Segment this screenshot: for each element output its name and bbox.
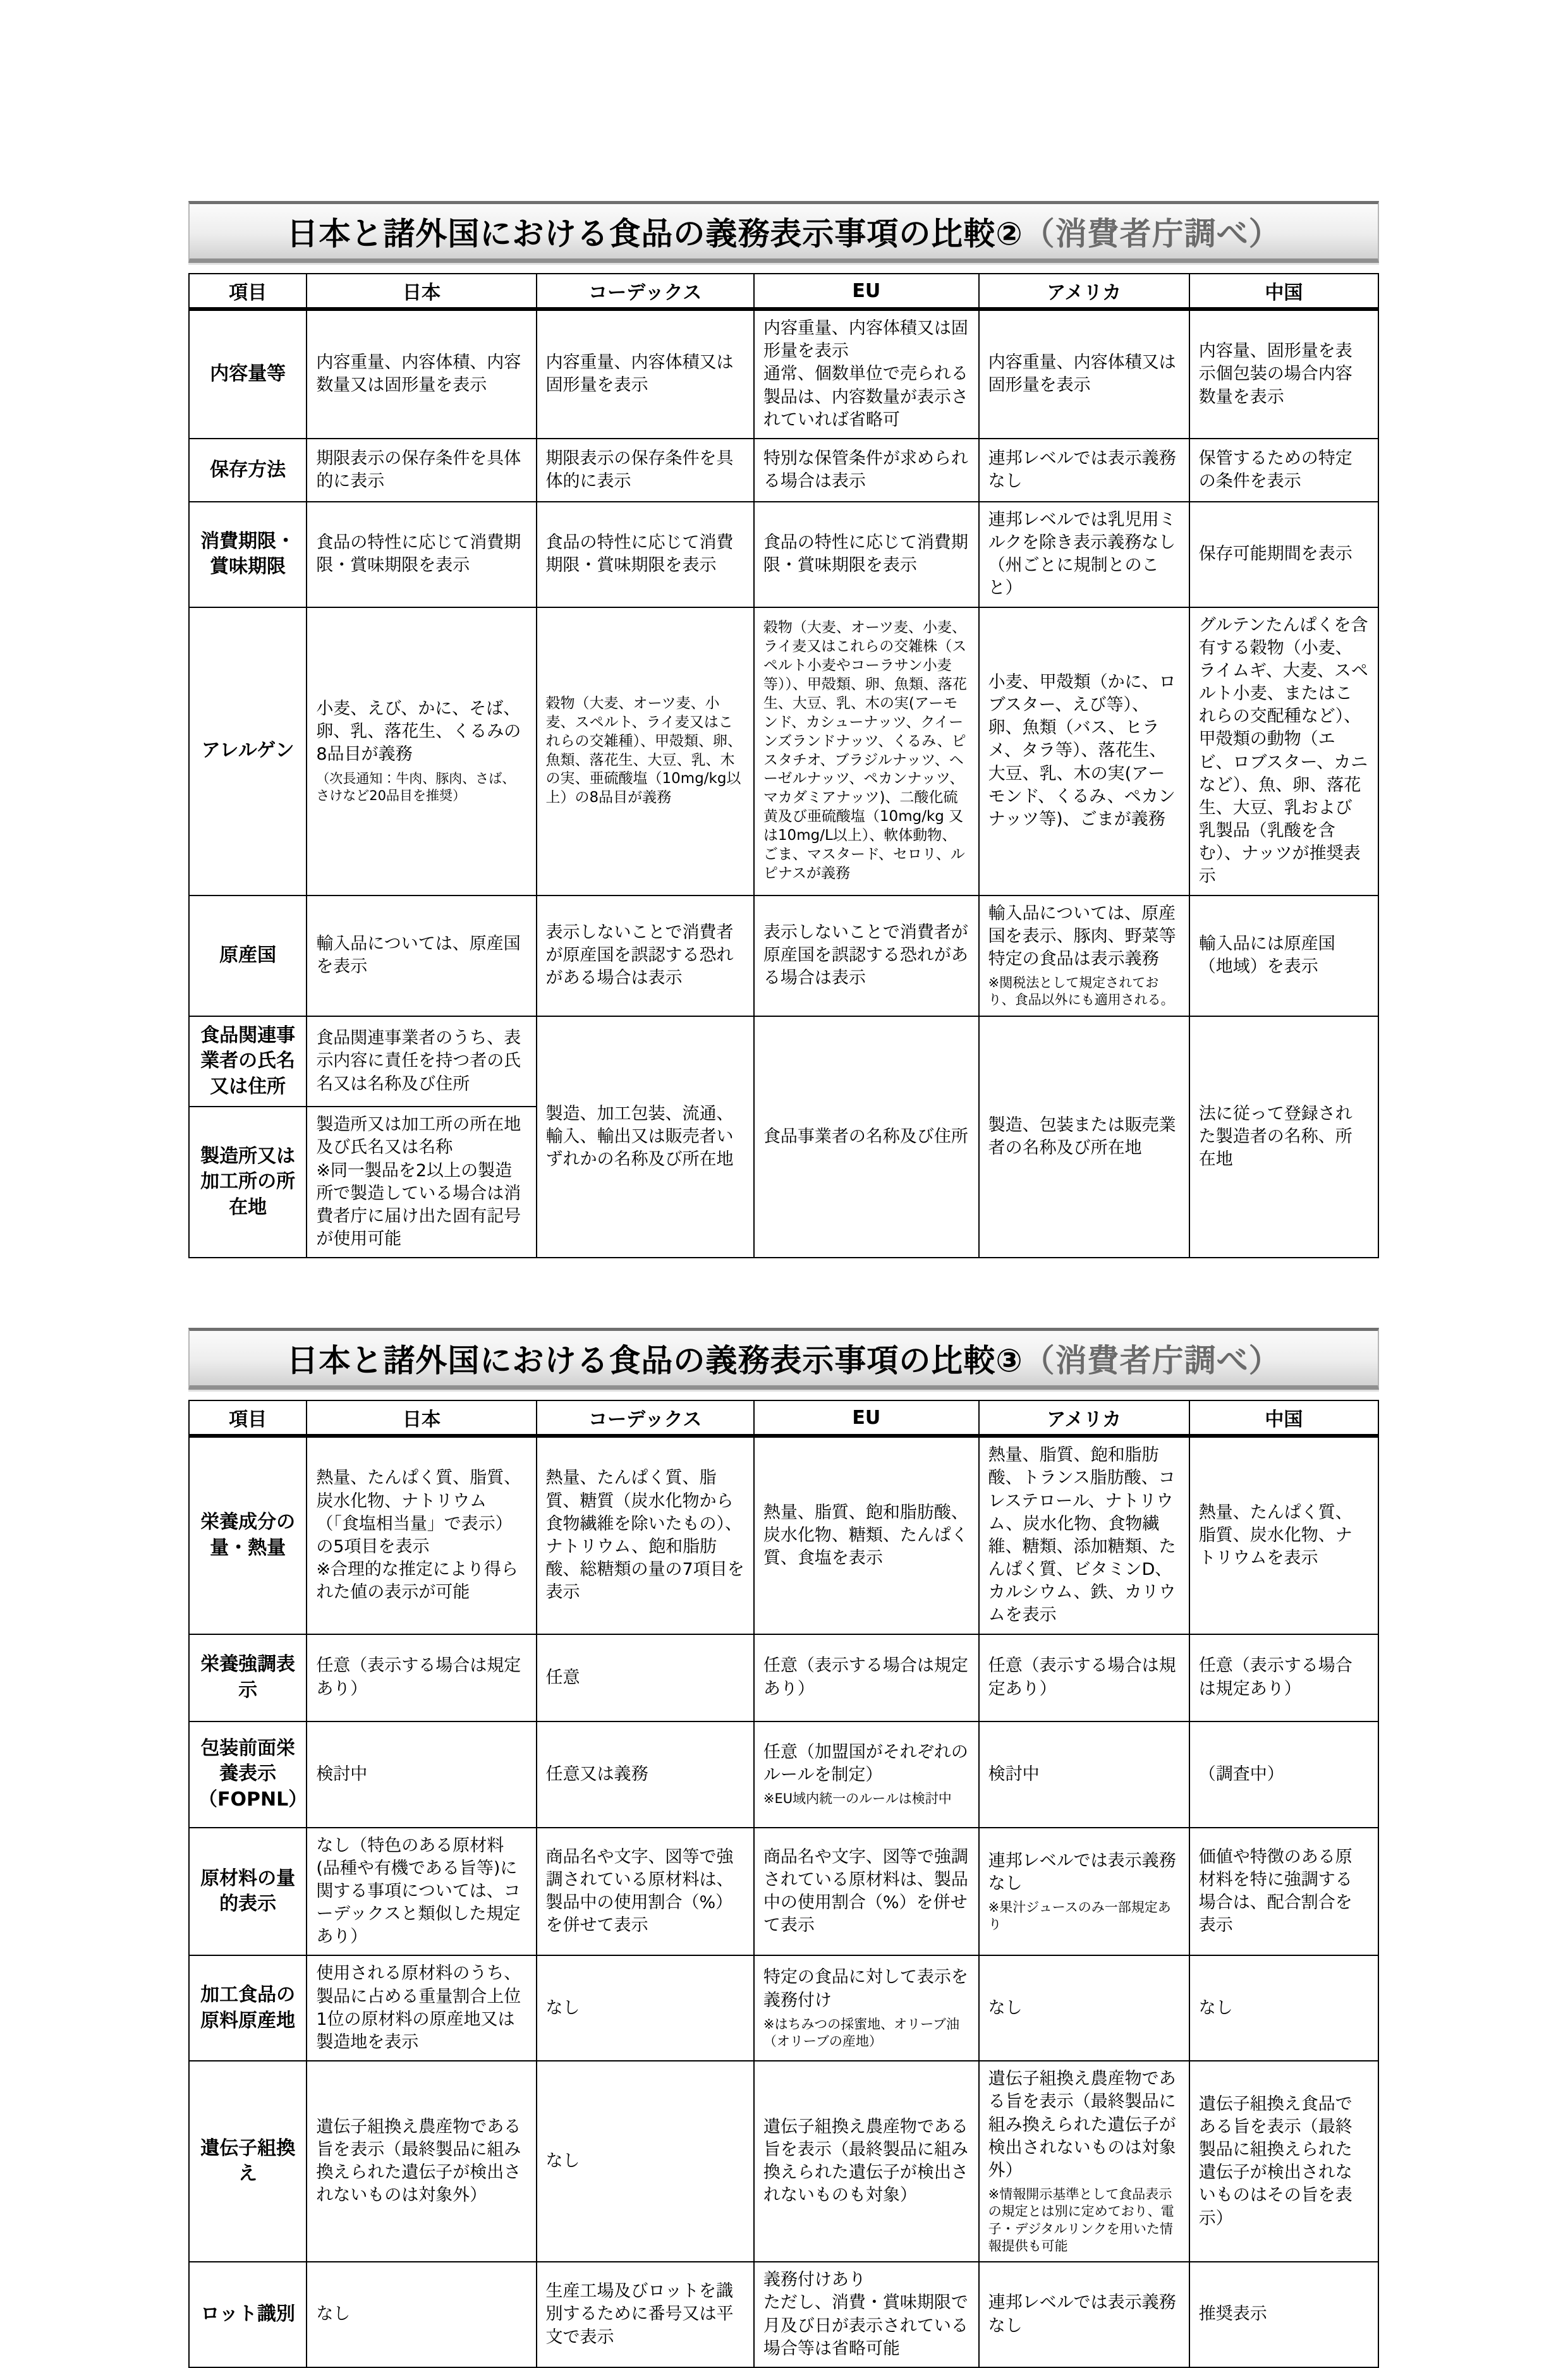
table-cell: 連邦レベルでは表示義務なし — [979, 2262, 1189, 2367]
cell-text: 特別な保管条件が求められる場合は表示 — [763, 447, 969, 493]
table-row: 包装前面栄養表示（FOPNL）検討中任意又は義務任意（加盟国がそれぞれのルールを… — [189, 1721, 1378, 1828]
section-title: 日本と諸外国における食品の義務表示事項の比較③ — [286, 1335, 1023, 1381]
cell-note: （次長通知：牛肉、豚肉、さば、さけなど20品目を推奨） — [316, 770, 526, 805]
cell-text: なし — [546, 1997, 744, 2020]
column-header: コーデックス — [537, 274, 754, 309]
column-header: EU — [754, 1400, 979, 1436]
cell-text: 食品関連事業者の氏名又は住所 — [198, 1023, 297, 1100]
table-cell: なし — [537, 1955, 754, 2061]
cell-text: 栄養成分の量・熱量 — [198, 1510, 297, 1561]
row-label: 内容量等 — [189, 309, 307, 439]
cell-text: 検討中 — [316, 1763, 526, 1786]
cell-text: 表示しないことで消費者が原産国を誤認する恐れがある場合は表示 — [546, 921, 744, 990]
table-cell: なし — [979, 1955, 1189, 2061]
cell-text: 表示しないことで消費者が原産国を誤認する恐れがある場合は表示 — [763, 921, 969, 990]
cell-text: 連邦レベルでは表示義務なし — [988, 2292, 1180, 2337]
table-cell: （調査中） — [1189, 1721, 1378, 1828]
row-label: 栄養成分の量・熱量 — [189, 1436, 307, 1634]
cell-text: 熱量、脂質、飽和脂肪酸、トランス脂肪酸、コレステロール、ナトリウム、炭水化物、食… — [988, 1444, 1180, 1627]
cell-text: 義務付けあり ただし、消費・賞味期限で月及び日が表示されている場合等は省略可能 — [763, 2269, 969, 2360]
cell-text: 原材料の量的表示 — [198, 1866, 297, 1917]
comparison-section-3: 日本と諸外国における食品の義務表示事項の比較③（消費者庁調べ） 項目日本コーデッ… — [188, 1328, 1379, 2368]
table-cell: 連邦レベルでは表示義務なし — [979, 439, 1189, 502]
table-cell: 遺伝子組換え農産物である旨を表示（最終製品に組み換えられた遺伝子が検出されないも… — [307, 2061, 536, 2262]
cell-text: 食品の特性に応じて消費期限・賞味期限を表示 — [763, 531, 969, 577]
column-header: アメリカ — [979, 274, 1189, 309]
table-cell: 任意（表示する場合は規定あり） — [307, 1634, 536, 1721]
table-cell: 期限表示の保存条件を具体的に表示 — [537, 439, 754, 502]
section-title-source: （消費者庁調べ） — [1023, 209, 1281, 254]
table-cell: 食品の特性に応じて消費期限・賞味期限を表示 — [754, 502, 979, 607]
table-cell: 小麦、えび、かに、そば、卵、乳、落花生、くるみの8品目が義務（次長通知：牛肉、豚… — [307, 607, 536, 896]
table-cell: 任意 — [537, 1634, 754, 1721]
table-cell: 穀物（大麦、オーツ麦、小麦、スペルト、ライ麦又はこれらの交雑種）、甲殻類、卵、魚… — [537, 607, 754, 896]
section-title: 日本と諸外国における食品の義務表示事項の比較② — [286, 209, 1023, 254]
table-cell: 表示しないことで消費者が原産国を誤認する恐れがある場合は表示 — [754, 896, 979, 1016]
table-row: 栄養強調表示任意（表示する場合は規定あり）任意任意（表示する場合は規定あり）任意… — [189, 1634, 1378, 1721]
table-cell: 内容重量、内容体積又は固形量を表示 — [537, 309, 754, 439]
cell-text: 穀物（大麦、オーツ麦、小麦、ライ麦又はこれらの交雑株（スペルト小麦やコーラサン小… — [763, 619, 969, 883]
table-cell: 使用される原材料のうち、製品に占める重量割合上位1位の原材料の原産地又は製造地を… — [307, 1955, 536, 2061]
table-cell: 検討中 — [979, 1721, 1189, 1828]
table-row: 食品関連事業者の氏名又は住所食品関連事業者のうち、表示内容に責任を持つ者の氏名又… — [189, 1016, 1378, 1107]
table-cell: 任意（加盟国がそれぞれのルールを制定）※EU域内統一のルールは検討中 — [754, 1721, 979, 1828]
cell-text: なし（特色のある原材料(品種や有機である旨等)に関する事項については、コーデック… — [316, 1835, 526, 1949]
cell-text: 特定の食品に対して表示を義務付け — [763, 1966, 969, 2012]
column-header: 日本 — [307, 274, 536, 309]
section-title-source: （消費者庁調べ） — [1023, 1335, 1281, 1381]
table-cell: 特別な保管条件が求められる場合は表示 — [754, 439, 979, 502]
cell-text: 遺伝子組換え食品である旨を表示（最終製品に組換えられた遺伝子が検出されないものは… — [1199, 2093, 1369, 2230]
cell-text: 価値や特徴のある原材料を特に強調する場合は、配合割合を表示 — [1199, 1846, 1369, 1938]
table-cell: 食品の特性に応じて消費期限・賞味期限を表示 — [537, 502, 754, 607]
table-cell: 商品名や文字、図等で強調されている原材料は、製品中の使用割合（%）を併せて表示 — [537, 1828, 754, 1956]
cell-text: 検討中 — [988, 1763, 1180, 1786]
cell-text: なし — [1199, 1997, 1369, 2020]
cell-text: 原産国 — [198, 943, 297, 969]
cell-text: 期限表示の保存条件を具体的に表示 — [546, 447, 744, 493]
cell-note: ※情報開示基準として食品表示の規定とは別に定めており、電子・デジタルリンクを用い… — [988, 2186, 1180, 2255]
cell-text: 製造所又は加工所の所在地 — [198, 1144, 297, 1221]
table-cell: 食品関連事業者のうち、表示内容に責任を持つ者の氏名又は名称及び住所 — [307, 1016, 536, 1107]
column-header: 日本 — [307, 1400, 536, 1436]
column-header: 項目 — [189, 274, 307, 309]
cell-text: 法に従って登録された製造者の名称、所在地 — [1199, 1103, 1369, 1172]
cell-text: 製造、包装または販売業者の名称及び所在地 — [988, 1114, 1180, 1160]
table-cell: 商品名や文字、図等で強調されている原材料は、製品中の使用割合（%）を併せて表示 — [754, 1828, 979, 1956]
cell-text: 期限表示の保存条件を具体的に表示 — [316, 447, 526, 493]
cell-text: 商品名や文字、図等で強調されている原材料は、製品中の使用割合（%）を併せて表示 — [546, 1846, 744, 1938]
cell-text: 任意（表示する場合は規定あり） — [988, 1655, 1180, 1700]
cell-text: 保存方法 — [198, 458, 297, 483]
cell-text: 内容量等 — [198, 361, 297, 387]
table-row: 遺伝子組換え遺伝子組換え農産物である旨を表示（最終製品に組み換えられた遺伝子が検… — [189, 2061, 1378, 2262]
table-row: 内容量等内容重量、内容体積、内容数量又は固形量を表示内容重量、内容体積又は固形量… — [189, 309, 1378, 439]
table-cell: グルテンたんぱくを含有する穀物（小麦、ライムギ、大麦、スペルト小麦、またはこれら… — [1189, 607, 1378, 896]
table-cell: 熱量、脂質、飽和脂肪酸、炭水化物、糖類、たんぱく質、食塩を表示 — [754, 1436, 979, 1634]
row-label: 食品関連事業者の氏名又は住所 — [189, 1016, 307, 1107]
cell-text: 食品事業者の名称及び住所 — [763, 1126, 969, 1148]
table-cell: 期限表示の保存条件を具体的に表示 — [307, 439, 536, 502]
table-cell: 特定の食品に対して表示を義務付け※はちみつの採蜜地、オリーブ油（オリーブの産地） — [754, 1955, 979, 2061]
cell-text: 任意（表示する場合は規定あり） — [763, 1655, 969, 1700]
cell-text: 食品の特性に応じて消費期限・賞味期限を表示 — [316, 531, 526, 577]
cell-text: 熱量、たんぱく質、脂質、炭水化物、ナトリウムを表示 — [1199, 1502, 1369, 1570]
row-label: アレルゲン — [189, 607, 307, 896]
table-cell: 遺伝子組換え農産物である旨を表示（最終製品に組み換えられた遺伝子が検出されないも… — [979, 2061, 1189, 2262]
cell-text: 保存可能期間を表示 — [1199, 543, 1369, 566]
table-cell: 穀物（大麦、オーツ麦、小麦、ライ麦又はこれらの交雑株（スペルト小麦やコーラサン小… — [754, 607, 979, 896]
row-label: 製造所又は加工所の所在地 — [189, 1107, 307, 1258]
cell-text: 食品関連事業者のうち、表示内容に責任を持つ者の氏名又は名称及び住所 — [316, 1027, 526, 1096]
cell-text: 連邦レベルでは表示義務なし — [988, 447, 1180, 493]
table-cell: 法に従って登録された製造者の名称、所在地 — [1189, 1016, 1378, 1258]
table-cell: 義務付けあり ただし、消費・賞味期限で月及び日が表示されている場合等は省略可能 — [754, 2262, 979, 2367]
table-cell: 保存可能期間を表示 — [1189, 502, 1378, 607]
cell-text: 栄養強調表示 — [198, 1652, 297, 1703]
cell-text: 遺伝子組換え — [198, 2136, 297, 2187]
cell-text: 連邦レベルでは表示義務なし — [988, 1850, 1180, 1895]
table-cell: 内容重量、内容体積又は固形量を表示 — [979, 309, 1189, 439]
header-row: 項目日本コーデックスEUアメリカ中国 — [189, 1400, 1378, 1436]
row-label: ロット識別 — [189, 2262, 307, 2367]
table-cell: 製造、加工包装、流通、輸入、輸出又は販売者いずれかの名称及び所在地 — [537, 1016, 754, 1258]
cell-text: （調査中） — [1199, 1763, 1369, 1786]
row-label: 加工食品の原料原産地 — [189, 1955, 307, 2061]
cell-text: 内容重量、内容体積又は固形量を表示 — [546, 351, 744, 397]
table-cell: 輸入品については、原産国を表示 — [307, 896, 536, 1016]
cell-text: 熱量、たんぱく質、脂質、糖質（炭水化物から食物繊維を除いたもの）、ナトリウム、飽… — [546, 1467, 744, 1604]
cell-text: 推奨表示 — [1199, 2303, 1369, 2326]
cell-text: 任意（表示する場合は規定あり） — [316, 1655, 526, 1700]
cell-text: 連邦レベルでは乳児用ミルクを除き表示義務なし（州ごとに規制とのこと） — [988, 509, 1180, 600]
header-row: 項目日本コーデックスEUアメリカ中国 — [189, 274, 1378, 309]
row-label: 遺伝子組換え — [189, 2061, 307, 2262]
cell-text: 遺伝子組換え農産物である旨を表示（最終製品に組み換えられた遺伝子が検出されないも… — [988, 2068, 1180, 2182]
cell-text: 熱量、たんぱく質、脂質、炭水化物、ナトリウム（「食塩相当量」で表示）の5項目を表… — [316, 1467, 526, 1604]
table-row: アレルゲン小麦、えび、かに、そば、卵、乳、落花生、くるみの8品目が義務（次長通知… — [189, 607, 1378, 896]
column-header: コーデックス — [537, 1400, 754, 1436]
cell-text: 任意（表示する場合は規定あり） — [1199, 1655, 1369, 1700]
cell-note: ※果汁ジュースのみ一部規定あり — [988, 1899, 1180, 1934]
cell-text: 製造所又は加工所の所在地及び氏名又は名称 ※同一製品を2以上の製造所で製造してい… — [316, 1114, 526, 1251]
section-title-bar: 日本と諸外国における食品の義務表示事項の比較③（消費者庁調べ） — [188, 1328, 1379, 1390]
cell-text: 遺伝子組換え農産物である旨を表示（最終製品に組み換えられた遺伝子が検出されないも… — [316, 2116, 526, 2207]
table-cell: 内容量、固形量を表示個包装の場合内容数量を表示 — [1189, 309, 1378, 439]
comparison-section-2: 日本と諸外国における食品の義務表示事項の比較②（消費者庁調べ） 項目日本コーデッ… — [188, 201, 1379, 1258]
cell-text: ロット識別 — [198, 2302, 297, 2328]
table-cell: 推奨表示 — [1189, 2262, 1378, 2367]
table-row: 原産国輸入品については、原産国を表示表示しないことで消費者が原産国を誤認する恐れ… — [189, 896, 1378, 1016]
table-cell: 小麦、甲殻類（かに、ロブスター、えび等）、卵、魚類（バス、ヒラメ、タラ等）、落花… — [979, 607, 1189, 896]
row-label: 保存方法 — [189, 439, 307, 502]
cell-text: 穀物（大麦、オーツ麦、小麦、スペルト、ライ麦又はこれらの交雑種）、甲殻類、卵、魚… — [546, 695, 744, 808]
cell-text: 内容重量、内容体積又は固形量を表示 — [988, 351, 1180, 397]
table-cell: 表示しないことで消費者が原産国を誤認する恐れがある場合は表示 — [537, 896, 754, 1016]
cell-text: グルテンたんぱくを含有する穀物（小麦、ライムギ、大麦、スペルト小麦、またはこれら… — [1199, 614, 1369, 889]
table-cell: なし（特色のある原材料(品種や有機である旨等)に関する事項については、コーデック… — [307, 1828, 536, 1956]
cell-text: 生産工場及びロットを識別するために番号又は平文で表示 — [546, 2280, 744, 2349]
cell-text: 使用される原材料のうち、製品に占める重量割合上位1位の原材料の原産地又は製造地を… — [316, 1962, 526, 2054]
row-label: 包装前面栄養表示（FOPNL） — [189, 1721, 307, 1828]
cell-text: 食品の特性に応じて消費期限・賞味期限を表示 — [546, 531, 744, 577]
table-row: 原材料の量的表示なし（特色のある原材料(品種や有機である旨等)に関する事項につい… — [189, 1828, 1378, 1956]
column-header: 中国 — [1189, 274, 1378, 309]
cell-text: 製造、加工包装、流通、輸入、輸出又は販売者いずれかの名称及び所在地 — [546, 1103, 744, 1172]
table-row: 保存方法期限表示の保存条件を具体的に表示期限表示の保存条件を具体的に表示特別な保… — [189, 439, 1378, 502]
cell-text: 小麦、甲殻類（かに、ロブスター、えび等）、卵、魚類（バス、ヒラメ、タラ等）、落花… — [988, 671, 1180, 831]
column-header: 項目 — [189, 1400, 307, 1436]
table-cell: 製造所又は加工所の所在地及び氏名又は名称 ※同一製品を2以上の製造所で製造してい… — [307, 1107, 536, 1258]
cell-text: 任意 — [546, 1667, 744, 1689]
column-header: アメリカ — [979, 1400, 1189, 1436]
cell-text: 内容重量、内容体積、内容数量又は固形量を表示 — [316, 351, 526, 397]
table-cell: 任意（表示する場合は規定あり） — [979, 1634, 1189, 1721]
row-label: 原産国 — [189, 896, 307, 1016]
table-cell: 生産工場及びロットを識別するために番号又は平文で表示 — [537, 2262, 754, 2367]
cell-text: 加工食品の原料原産地 — [198, 1982, 297, 2034]
cell-text: なし — [546, 2150, 744, 2173]
cell-note: ※はちみつの採蜜地、オリーブ油（オリーブの産地） — [763, 2016, 969, 2051]
table-cell: 輸入品には原産国（地域）を表示 — [1189, 896, 1378, 1016]
cell-text: なし — [988, 1997, 1180, 2020]
table-cell: 内容重量、内容体積又は固形量を表示 通常、個数単位で売られる製品は、内容数量が表… — [754, 309, 979, 439]
cell-text: 遺伝子組換え農産物である旨を表示（最終製品に組み換えられた遺伝子が検出されないも… — [763, 2116, 969, 2207]
table-cell: 熱量、たんぱく質、脂質、炭水化物、ナトリウムを表示 — [1189, 1436, 1378, 1634]
column-header: 中国 — [1189, 1400, 1378, 1436]
row-label: 消費期限・賞味期限 — [189, 502, 307, 607]
section-title-bar: 日本と諸外国における食品の義務表示事項の比較②（消費者庁調べ） — [188, 201, 1379, 263]
table-cell: 食品事業者の名称及び住所 — [754, 1016, 979, 1258]
table-cell: 任意（表示する場合は規定あり） — [754, 1634, 979, 1721]
cell-text: 消費期限・賞味期限 — [198, 529, 297, 580]
table-row: 栄養成分の量・熱量熱量、たんぱく質、脂質、炭水化物、ナトリウム（「食塩相当量」で… — [189, 1436, 1378, 1634]
cell-text: 輸入品については、原産国を表示 — [316, 933, 526, 978]
row-label: 原材料の量的表示 — [189, 1828, 307, 1956]
table-cell: 輸入品については、原産国を表示、豚肉、野菜等特定の食品は表示義務※関税法として規… — [979, 896, 1189, 1016]
cell-text: 包装前面栄養表示（FOPNL） — [198, 1736, 297, 1813]
cell-text: 任意（加盟国がそれぞれのルールを制定） — [763, 1741, 969, 1787]
cell-text: 保管するための特定の条件を表示 — [1199, 447, 1369, 493]
table-cell: 熱量、たんぱく質、脂質、炭水化物、ナトリウム（「食塩相当量」で表示）の5項目を表… — [307, 1436, 536, 1634]
table-cell: 任意（表示する場合は規定あり） — [1189, 1634, 1378, 1721]
cell-text: 小麦、えび、かに、そば、卵、乳、落花生、くるみの8品目が義務 — [316, 698, 526, 767]
table-cell: 内容重量、内容体積、内容数量又は固形量を表示 — [307, 309, 536, 439]
scanned-document-page: { "colors": { "title_bar_border": "#6f6f… — [0, 0, 1568, 2218]
document-content: 日本と諸外国における食品の義務表示事項の比較②（消費者庁調べ） 項目日本コーデッ… — [188, 201, 1379, 2368]
cell-text: なし — [316, 2303, 526, 2326]
table-cell: 食品の特性に応じて消費期限・賞味期限を表示 — [307, 502, 536, 607]
column-header: EU — [754, 274, 979, 309]
cell-text: 内容量、固形量を表示個包装の場合内容数量を表示 — [1199, 340, 1369, 409]
table-row: 加工食品の原料原産地使用される原材料のうち、製品に占める重量割合上位1位の原材料… — [189, 1955, 1378, 2061]
table-cell: 検討中 — [307, 1721, 536, 1828]
cell-text: 内容重量、内容体積又は固形量を表示 通常、個数単位で売られる製品は、内容数量が表… — [763, 317, 969, 432]
row-label: 栄養強調表示 — [189, 1634, 307, 1721]
cell-note: ※EU域内統一のルールは検討中 — [763, 1790, 969, 1807]
cell-text: アレルゲン — [198, 738, 297, 764]
table-cell: 遺伝子組換え食品である旨を表示（最終製品に組換えられた遺伝子が検出されないものは… — [1189, 2061, 1378, 2262]
table-cell: なし — [1189, 1955, 1378, 2061]
cell-text: 商品名や文字、図等で強調されている原材料は、製品中の使用割合（%）を併せて表示 — [763, 1846, 969, 1938]
table-cell: 製造、包装または販売業者の名称及び所在地 — [979, 1016, 1189, 1258]
table-row: ロット識別なし生産工場及びロットを識別するために番号又は平文で表示義務付けあり … — [189, 2262, 1378, 2367]
table-cell: なし — [307, 2262, 536, 2367]
cell-text: 熱量、脂質、飽和脂肪酸、炭水化物、糖類、たんぱく質、食塩を表示 — [763, 1502, 969, 1570]
table-cell: 熱量、たんぱく質、脂質、糖質（炭水化物から食物繊維を除いたもの）、ナトリウム、飽… — [537, 1436, 754, 1634]
cell-text: 輸入品については、原産国を表示、豚肉、野菜等特定の食品は表示義務 — [988, 902, 1180, 971]
comparison-table-3: 項目日本コーデックスEUアメリカ中国栄養成分の量・熱量熱量、たんぱく質、脂質、炭… — [188, 1400, 1379, 2368]
comparison-table-2: 項目日本コーデックスEUアメリカ中国内容量等内容重量、内容体積、内容数量又は固形… — [188, 273, 1379, 1258]
table-cell: 保管するための特定の条件を表示 — [1189, 439, 1378, 502]
table-cell: なし — [537, 2061, 754, 2262]
cell-text: 輸入品には原産国（地域）を表示 — [1199, 933, 1369, 978]
table-cell: 任意又は義務 — [537, 1721, 754, 1828]
table-cell: 連邦レベルでは乳児用ミルクを除き表示義務なし（州ごとに規制とのこと） — [979, 502, 1189, 607]
table-cell: 連邦レベルでは表示義務なし※果汁ジュースのみ一部規定あり — [979, 1828, 1189, 1956]
table-cell: 遺伝子組換え農産物である旨を表示（最終製品に組み換えられた遺伝子が検出されないも… — [754, 2061, 979, 2262]
table-row: 消費期限・賞味期限食品の特性に応じて消費期限・賞味期限を表示食品の特性に応じて消… — [189, 502, 1378, 607]
table-cell: 価値や特徴のある原材料を特に強調する場合は、配合割合を表示 — [1189, 1828, 1378, 1956]
cell-text: 任意又は義務 — [546, 1763, 744, 1786]
cell-note: ※関税法として規定されており、食品以外にも適用される。 — [988, 975, 1180, 1009]
table-cell: 熱量、脂質、飽和脂肪酸、トランス脂肪酸、コレステロール、ナトリウム、炭水化物、食… — [979, 1436, 1189, 1634]
